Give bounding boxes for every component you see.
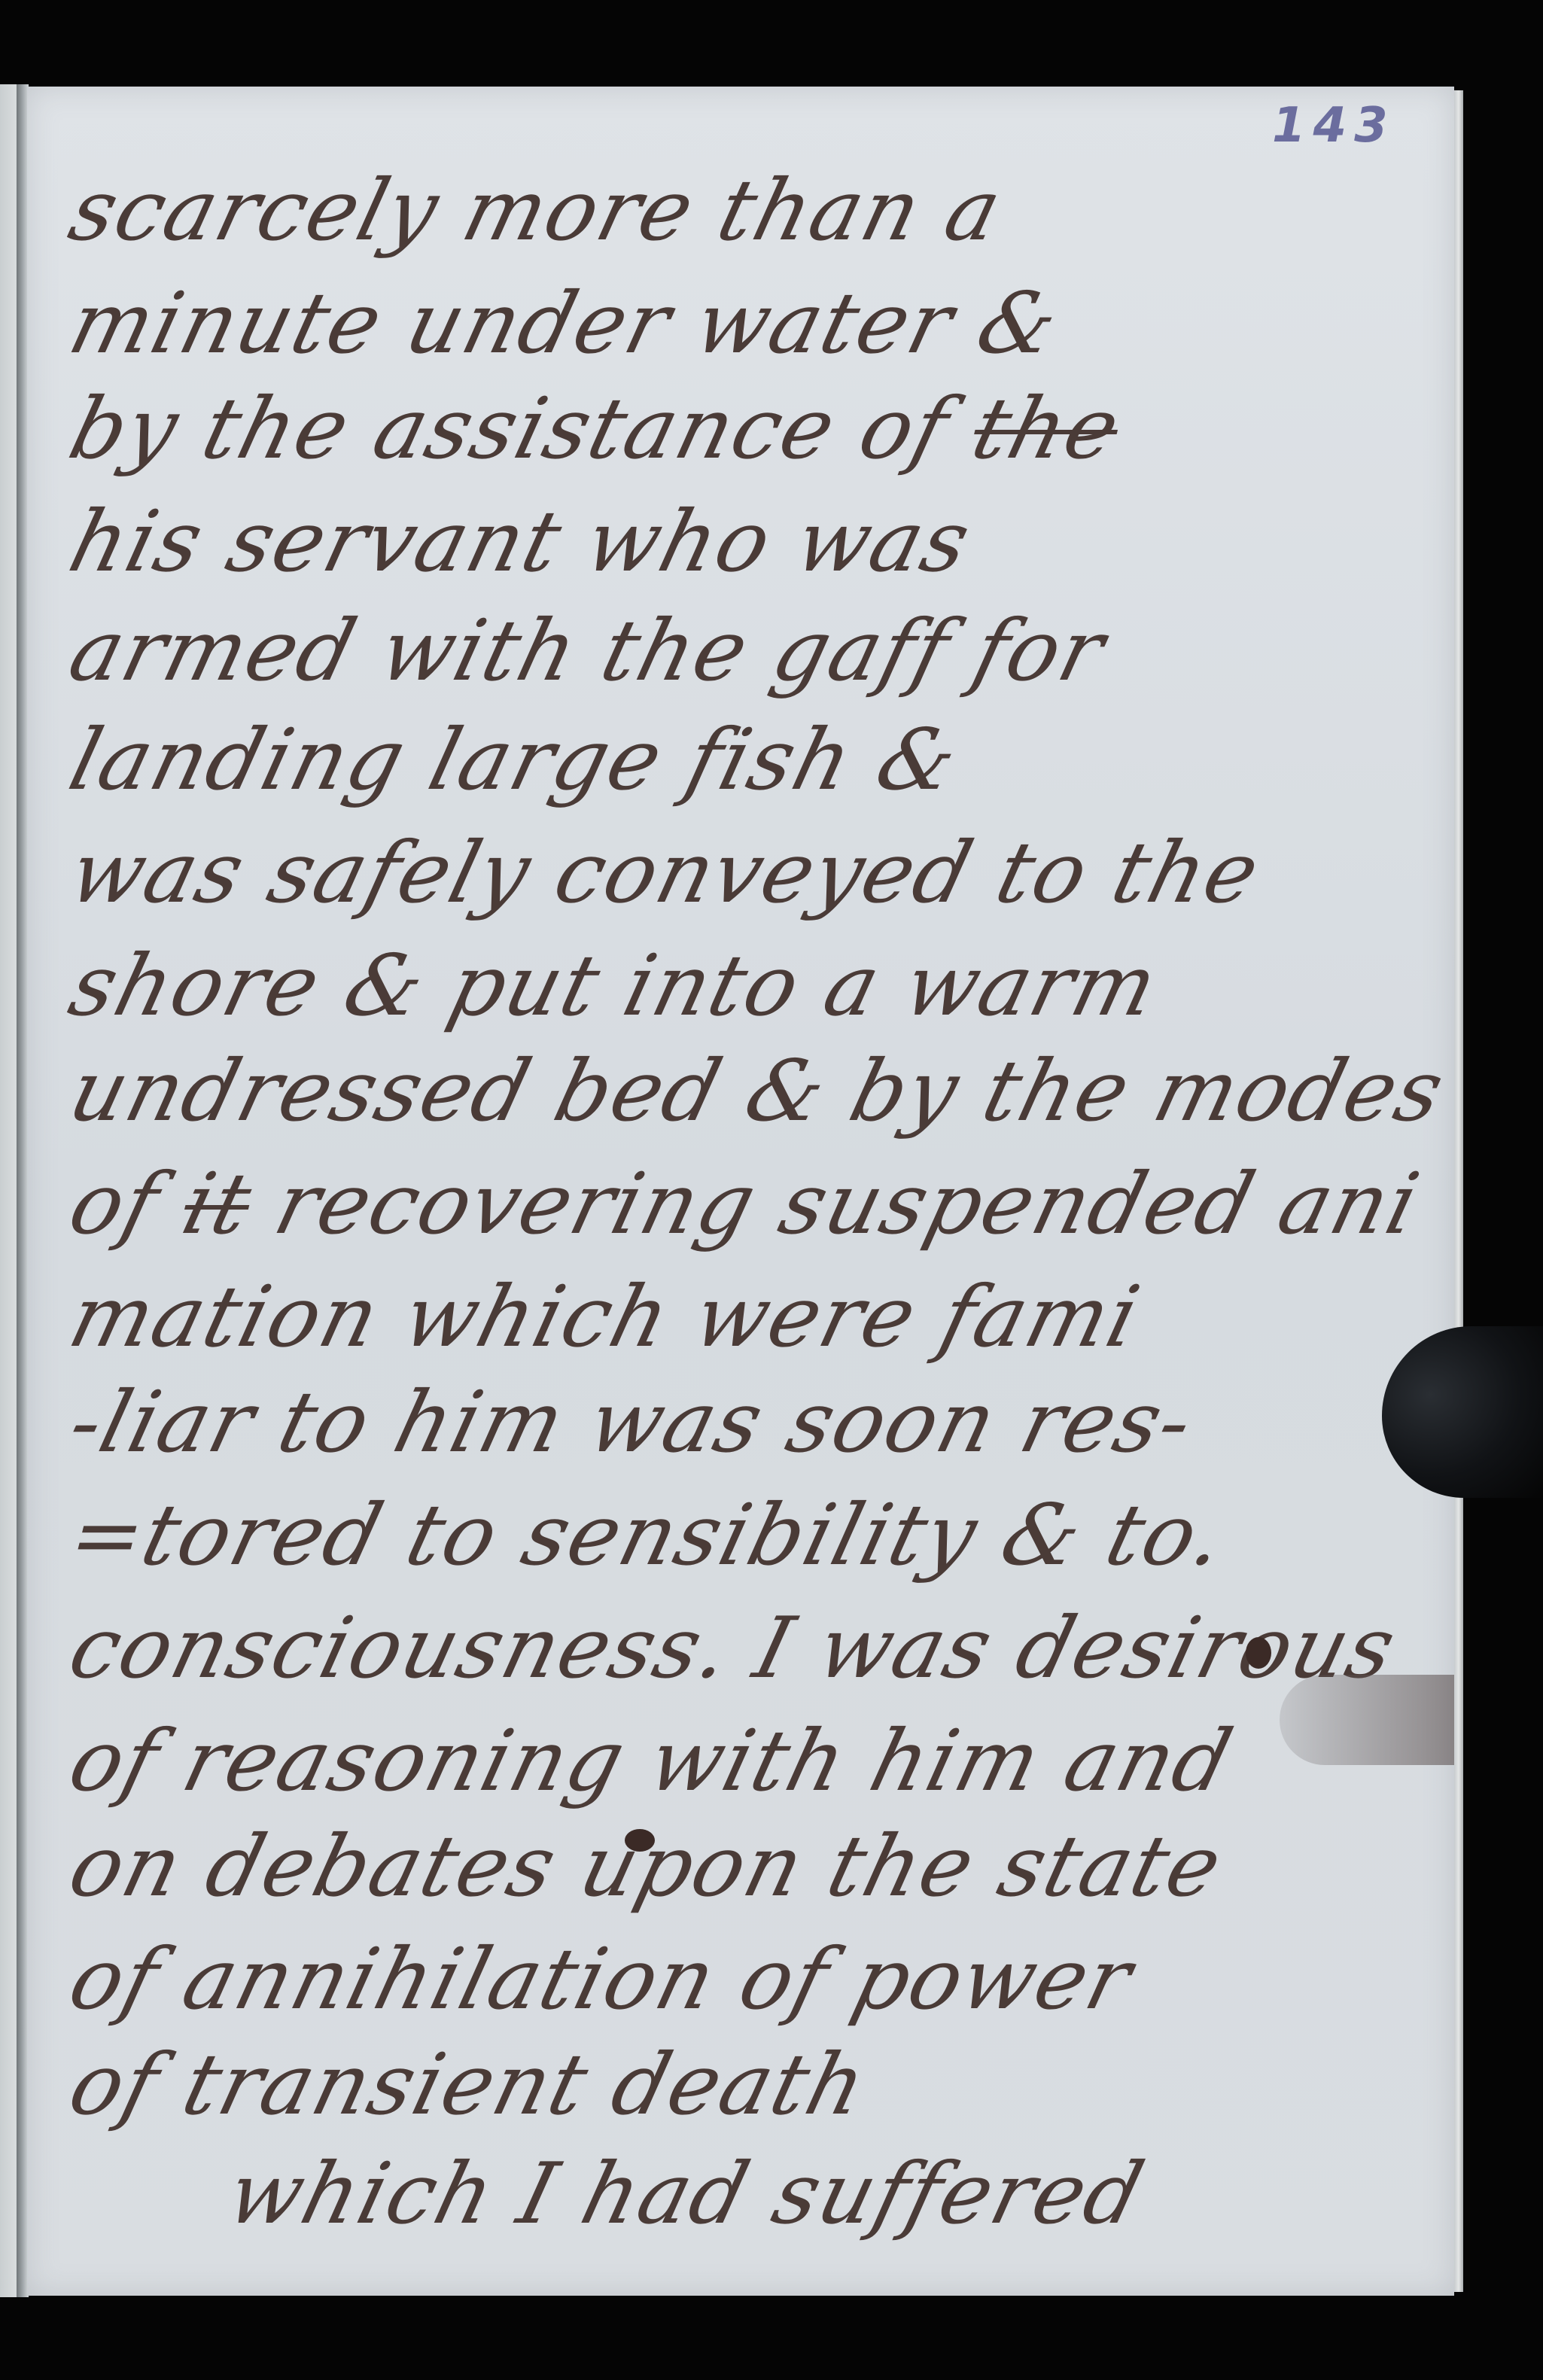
- manuscript-line-17: of annihilation of power: [60, 1931, 1143, 2028]
- manuscript-line-2: minute under water &: [60, 275, 1069, 373]
- manuscript-line-6: landing large fish &: [60, 711, 968, 809]
- manuscript-line-5: armed with the gaff for: [60, 602, 1115, 700]
- manuscript-line-10: of it recovering suspended ani: [60, 1155, 1429, 1253]
- manuscript-line-19: which I had suffered: [218, 2145, 1154, 2243]
- page-number: 143: [1272, 98, 1395, 154]
- manuscript-line-12: -liar to him was soon res-: [60, 1374, 1204, 1472]
- manuscript-line-14: consciousness. I was desirous: [60, 1599, 1406, 1697]
- manuscript-line-9: undressed bed & by the modes: [60, 1042, 1454, 1140]
- struck-word: the: [963, 380, 1131, 478]
- manuscript-line-4: his servant who was: [60, 493, 981, 591]
- manuscript-line-18: of transient death: [60, 2036, 877, 2134]
- manuscript-line-11: mation which were fami: [60, 1268, 1149, 1366]
- ink-blot: [625, 1829, 655, 1852]
- manuscript-line-1: scarcely more than a: [60, 162, 1012, 260]
- struck-word: it: [174, 1155, 262, 1253]
- manuscript-line-7: was safely conveyed to the: [60, 824, 1270, 922]
- bleed-through-smudge: [1280, 1675, 1454, 1765]
- ink-blot: [1246, 1637, 1271, 1669]
- manuscript-line-8: shore & put into a warm: [60, 937, 1167, 1035]
- manuscript-line-15: of reasoning with him and: [60, 1712, 1243, 1810]
- line-3-text: by the assistance of: [60, 380, 959, 478]
- line-10-rest: recovering suspended ani: [266, 1155, 1429, 1253]
- page-edge: [1454, 90, 1463, 2292]
- manuscript-line-3: by the assistance of the: [60, 380, 1130, 478]
- manuscript-line-13: =tored to sensibility & to.: [60, 1487, 1235, 1584]
